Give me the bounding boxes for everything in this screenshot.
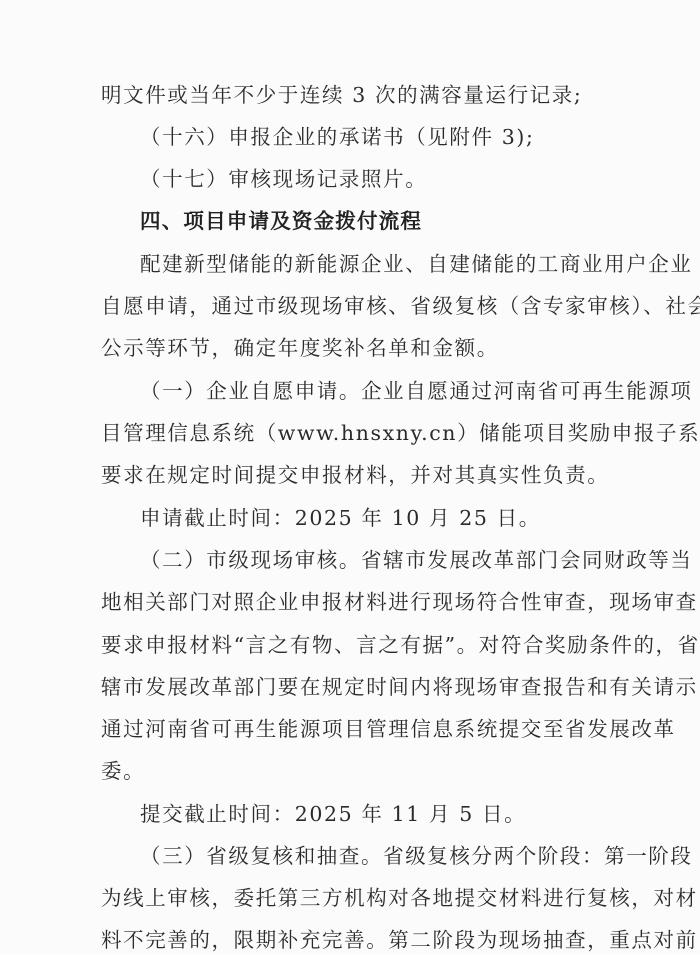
- subsection-3: （三）省级复核和抽查。省级复核分两个阶段：第一阶段: [140, 843, 693, 869]
- text-line-21: 料不完善的，限期补充完善。第二阶段为现场抽查，重点对前: [101, 927, 698, 953]
- document-page: 明文件或当年不少于连续 3 次的满容量运行记录; （十六）申报企业的承诺书（见附…: [0, 0, 700, 955]
- text-line-10: 要求在规定时间提交申报材料，并对其真实性负责。: [101, 462, 609, 488]
- text-line-17: 委。: [101, 758, 145, 784]
- list-item-16: （十六）申报企业的承诺书（见附件 3);: [140, 124, 534, 150]
- list-item-17: （十七）审核现场记录照片。: [140, 166, 427, 192]
- text-line-15: 辖市发展改革部门要在规定时间内将现场审查报告和有关请示: [101, 674, 698, 700]
- application-deadline: 申请截止时间：2025 年 10 月 25 日。: [140, 505, 541, 531]
- subsection-2: （二）市级现场审核。省辖市发展改革部门会同财政等当: [140, 547, 693, 573]
- text-line-13: 地相关部门对照企业申报材料进行现场符合性审查，现场审查: [101, 589, 698, 615]
- submission-deadline: 提交截止时间：2025 年 11 月 5 日。: [140, 801, 526, 827]
- text-line-16: 通过河南省可再生能源项目管理信息系统提交至省发展改革: [101, 716, 676, 742]
- text-line-6: 自愿申请，通过市级现场审核、省级复核（含专家审核）、社会: [101, 293, 700, 319]
- subsection-1: （一）企业自愿申请。企业自愿通过河南省可再生能源项: [140, 378, 693, 404]
- section-heading-4: 四、项目申请及资金拨付流程: [140, 208, 422, 234]
- text-line-7: 公示等环节，确定年度奖补名单和金额。: [101, 335, 499, 361]
- text-line-20: 为线上审核，委托第三方机构对各地提交材料进行复核，对材: [101, 885, 698, 911]
- text-line-5: 配建新型储能的新能源企业、自建储能的工商业用户企业: [140, 251, 693, 277]
- text-line-1: 明文件或当年不少于连续 3 次的满容量运行记录;: [101, 82, 582, 108]
- text-line-9: 目管理信息系统（www.hnsxny.cn）储能项目奖励申报子系统按: [101, 420, 700, 446]
- text-line-14: 要求申报材料“言之有物、言之有据”。对符合奖励条件的，省: [101, 632, 700, 658]
